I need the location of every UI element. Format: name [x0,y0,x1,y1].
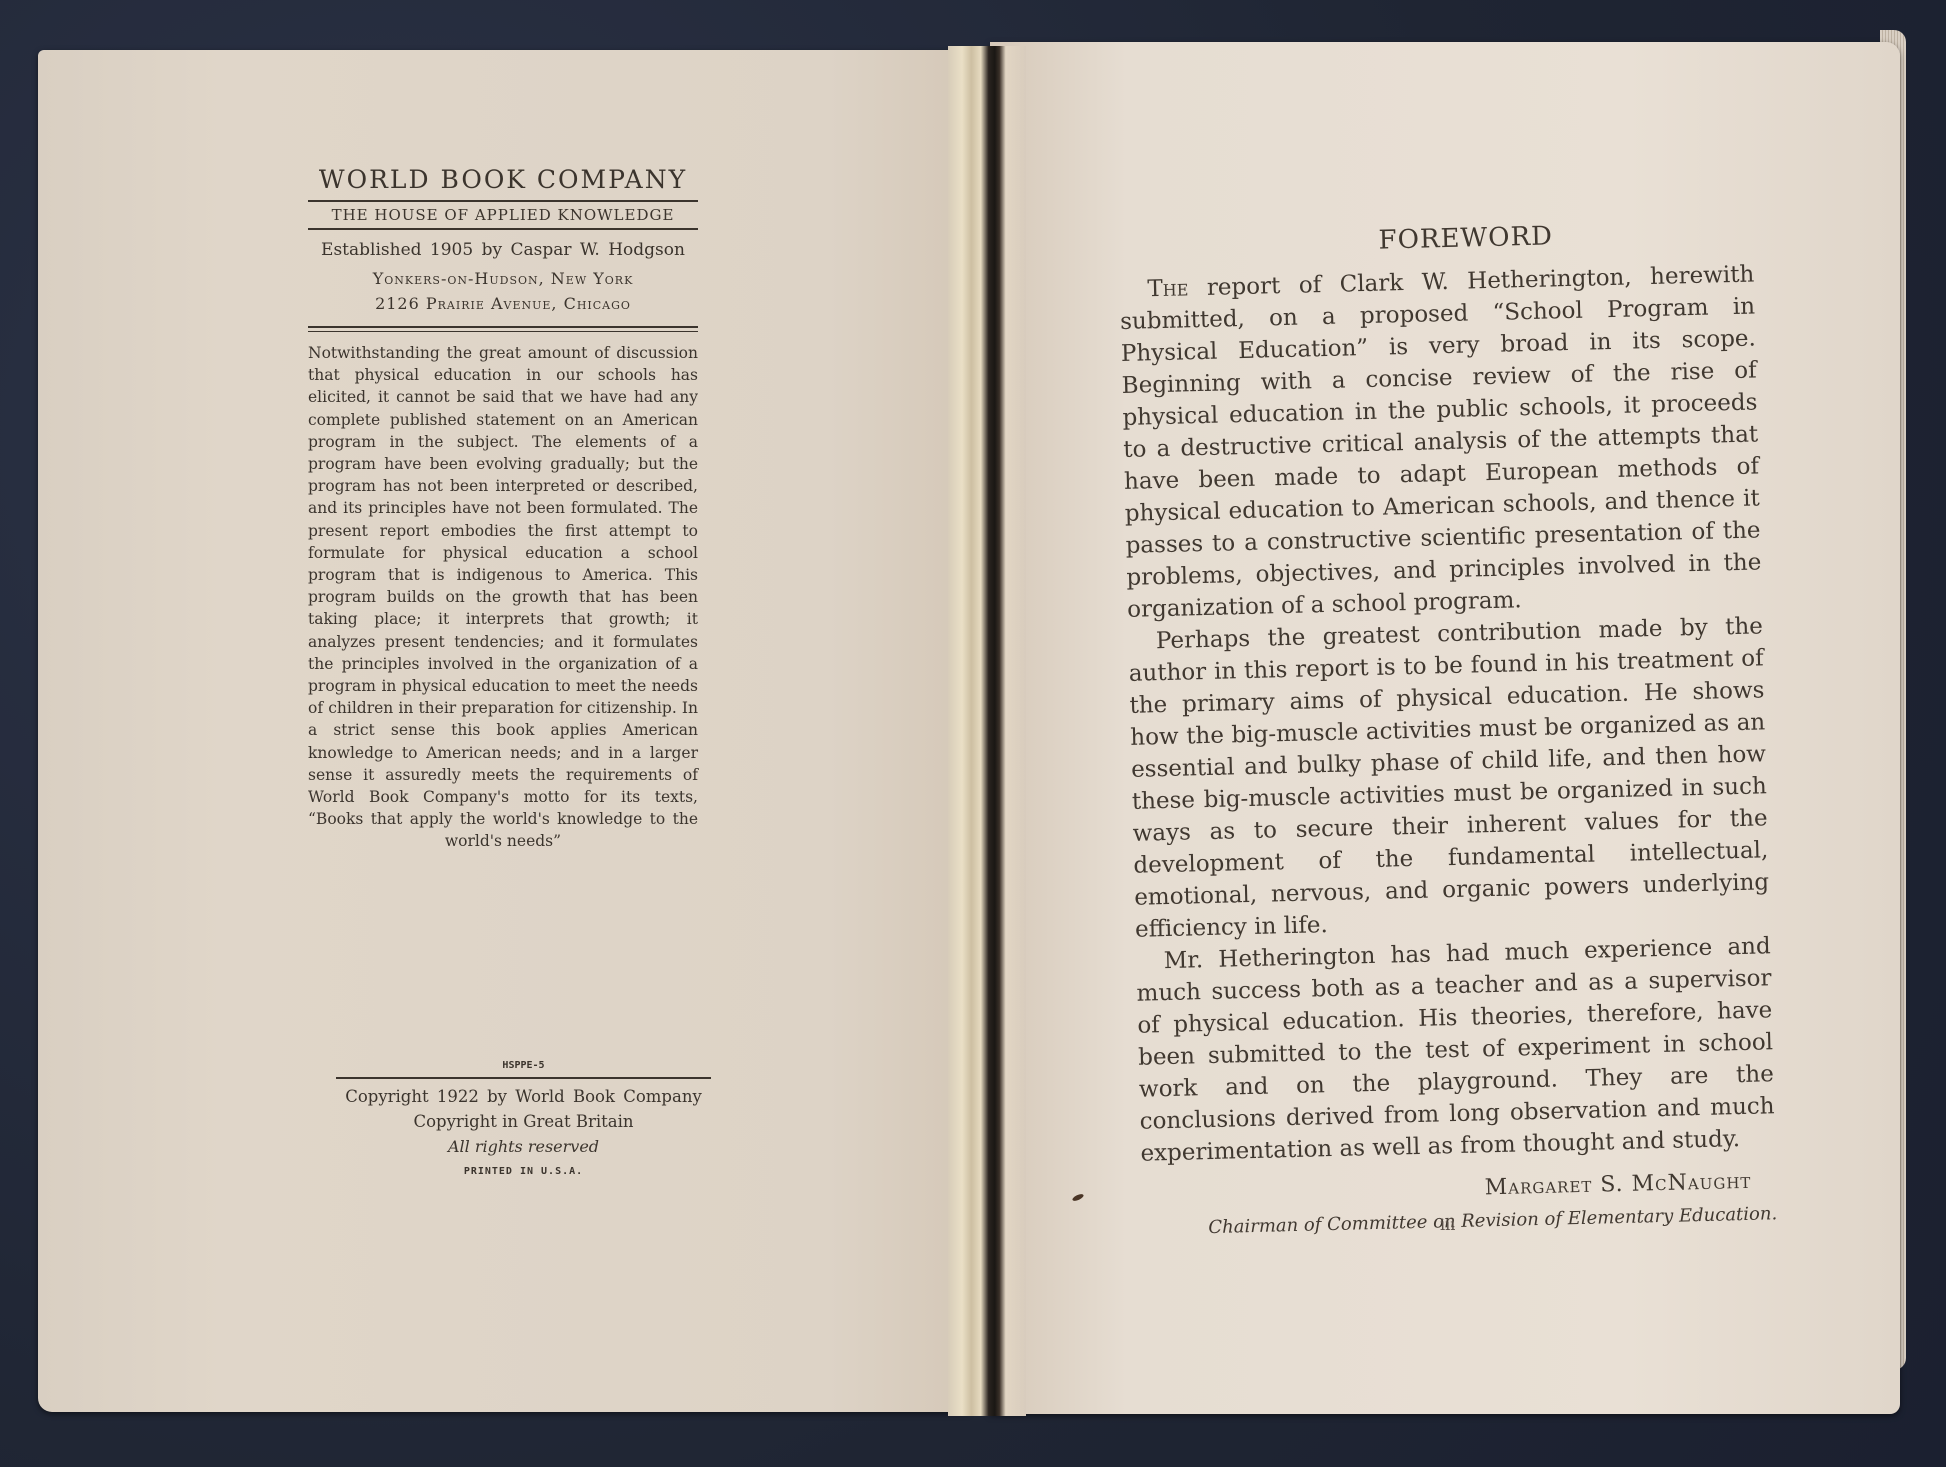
printed-in: PRINTED IN U.S.A. [336,1166,711,1177]
signature: Margaret S. McNaught [1141,1168,1776,1209]
paragraph-1-text: report of Clark W. Hetherington, herewit… [1120,261,1762,622]
copyright-gb-line: Copyright in Great Britain [336,1112,711,1131]
foreword-paragraph-3: Mr. Hetherington has had much experience… [1135,930,1775,1169]
copyright-line: Copyright 1922 by World Book Company [336,1087,711,1106]
publisher-tagline: THE HOUSE OF APPLIED KNOWLEDGE [308,202,698,230]
foreword-block: FOREWORD The report of Clark W. Hetherin… [1118,216,1777,1239]
publisher-block: WORLD BOOK COMPANY THE HOUSE OF APPLIED … [308,165,698,853]
copyright-block: HSPPE-5 Copyright 1922 by World Book Com… [336,1060,711,1177]
publisher-statement: Notwithstanding the great amount of disc… [308,342,698,853]
catalog-code: HSPPE-5 [336,1060,711,1071]
foreword-paragraph-1: The report of Clark W. Hetherington, her… [1119,258,1762,625]
established-line: Established 1905 by Caspar W. Hodgson [308,240,698,260]
address-line-1: Yonkers-on-Hudson, New York [308,266,698,291]
footer-rule [336,1077,711,1079]
book-spine [948,46,1026,1416]
publisher-name: WORLD BOOK COMPANY [308,165,698,202]
foreword-paragraph-2: Perhaps the greatest contribution made b… [1128,610,1771,945]
rights-reserved: All rights reserved [336,1137,711,1156]
page-number: iii [1440,1215,1455,1234]
double-rule-divider [308,326,698,332]
paragraph-lead-word: The [1147,275,1189,302]
address-line-2: 2126 Prairie Avenue, Chicago [308,291,698,316]
